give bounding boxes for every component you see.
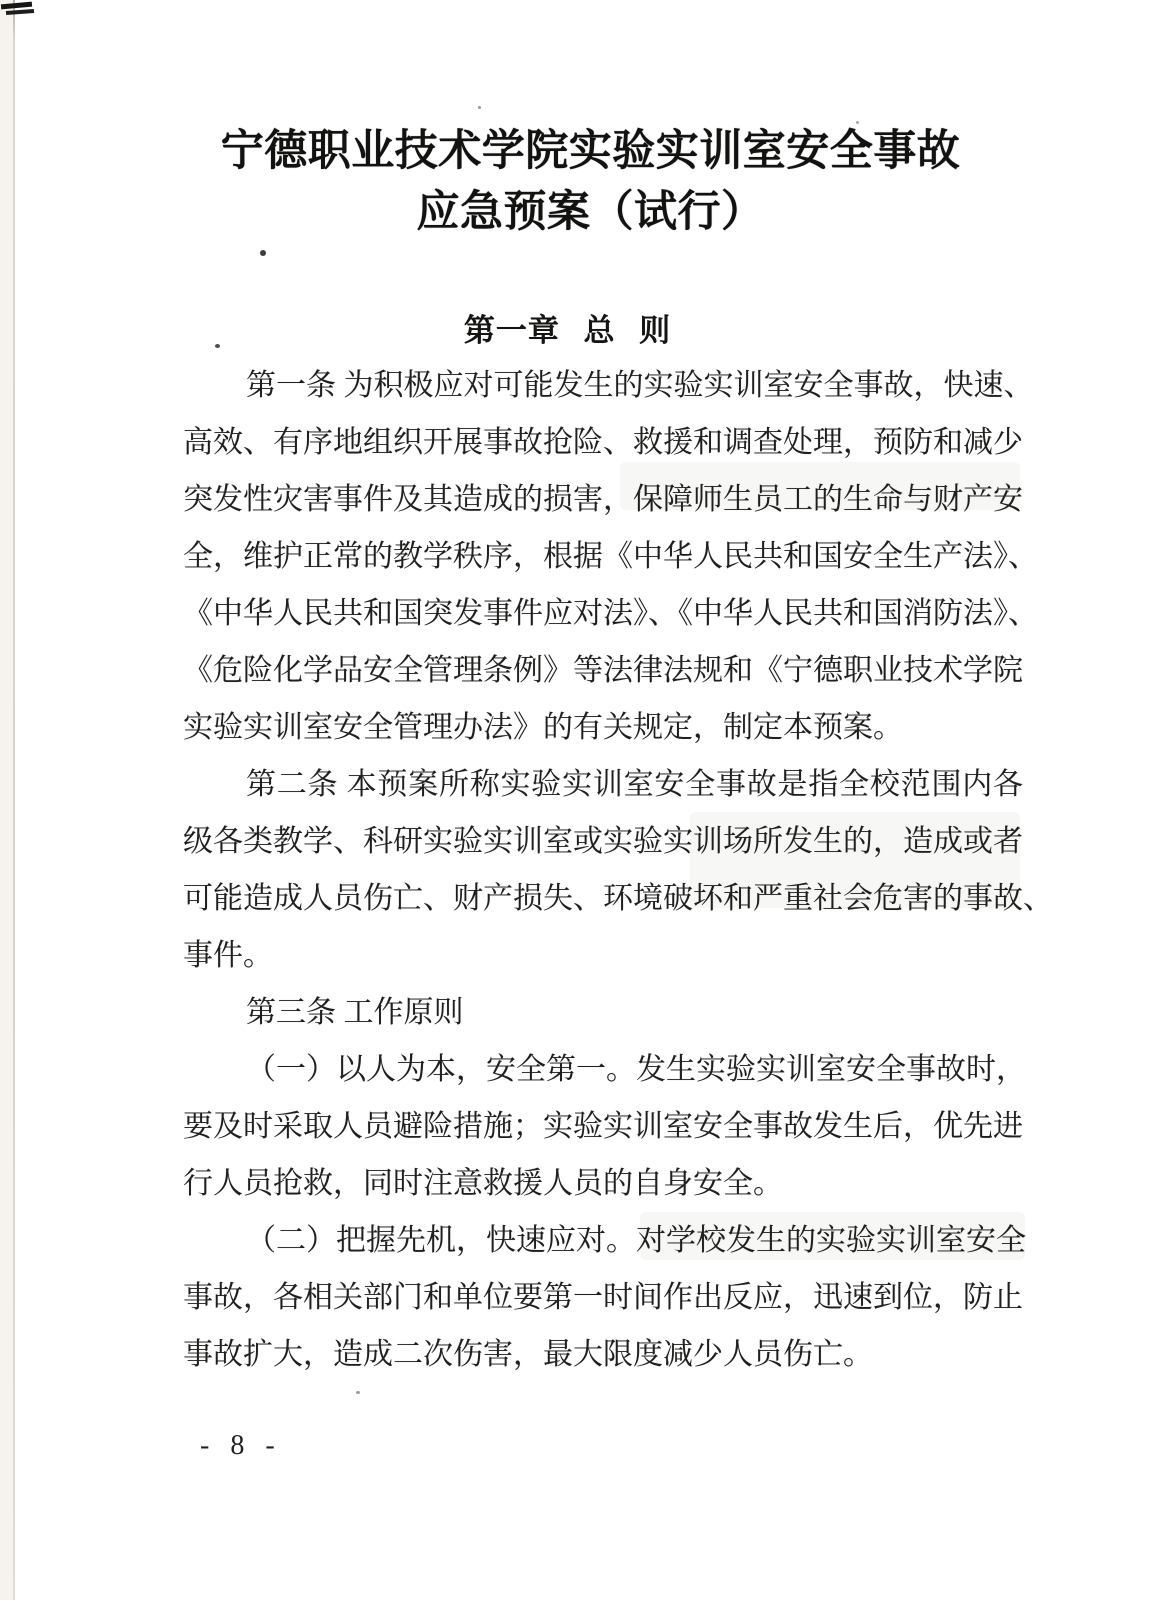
text-line: 可能造成人员伤亡、财产损失、环境破坏和严重社会危害的事故、 <box>183 870 1023 927</box>
text-line: 事故，各相关部门和单位要第一时间作出反应，迅速到位，防止 <box>183 1269 1023 1326</box>
text-line: 事件。 <box>183 927 1023 984</box>
chapter-heading: 第一章 总 则 <box>0 305 1149 350</box>
paragraph-article-1: 第一条 为积极应对可能发生的实验实训室安全事故，快速、 高效、有序地组织开展事故… <box>183 357 1023 756</box>
text-line: 行人员抢救，同时注意救援人员的自身安全。 <box>183 1155 1023 1212</box>
scan-corner-mark-bar <box>6 9 34 15</box>
text-line: 实验实训室安全管理办法》的有关规定，制定本预案。 <box>183 699 1023 756</box>
text-line: 第一条 为积极应对可能发生的实验实训室安全事故，快速、 <box>183 357 1023 414</box>
text-line: （一）以人为本，安全第一。发生实验实训室安全事故时， <box>183 1041 1023 1098</box>
scan-speck <box>260 250 266 256</box>
text-line: 《中华人民共和国突发事件应对法》、《中华人民共和国消防法》、 <box>183 585 1023 642</box>
paragraph-item-1: （一）以人为本，安全第一。发生实验实训室安全事故时， 要及时采取人员避险措施；实… <box>183 1041 1023 1212</box>
text-line: 高效、有序地组织开展事故抢险、救援和调查处理，预防和减少 <box>183 414 1023 471</box>
document-body: 第一条 为积极应对可能发生的实验实训室安全事故，快速、 高效、有序地组织开展事故… <box>183 357 1023 1383</box>
text-line: 第二条 本预案所称实验实训室安全事故是指全校范围内各 <box>183 756 1023 813</box>
scan-corner-mark <box>0 0 40 22</box>
text-line: 级各类教学、科研实验实训室或实验实训场所发生的，造成或者 <box>183 813 1023 870</box>
scan-speck <box>478 106 481 109</box>
text-line: 事故扩大，造成二次伤害，最大限度减少人员伤亡。 <box>183 1326 1023 1383</box>
text-line: （二）把握先机，快速应对。对学校发生的实验实训室安全 <box>183 1212 1023 1269</box>
paragraph-item-2: （二）把握先机，快速应对。对学校发生的实验实训室安全 事故，各相关部门和单位要第… <box>183 1212 1023 1383</box>
text-line: 《危险化学品安全管理条例》等法律法规和《宁德职业技术学院 <box>183 642 1023 699</box>
document-title-line-1: 宁德职业技术学院实验实训室安全事故 <box>9 121 1163 182</box>
page-number: - 8 - <box>200 1430 282 1462</box>
document-title: 宁德职业技术学院实验实训室安全事故 应急预案（试行） <box>9 121 1163 243</box>
scan-corner-mark-bar <box>1 2 32 10</box>
text-line: 突发性灾害事件及其造成的损害，保障师生员工的生命与财产安 <box>183 471 1023 528</box>
text-line: 全，维护正常的教学秩序，根据《中华人民共和国安全生产法》、 <box>183 528 1023 585</box>
scan-speck <box>356 1391 360 1394</box>
paragraph-article-3: 第三条 工作原则 <box>183 984 1023 1041</box>
text-line: 要及时采取人员避险措施；实验实训室安全事故发生后，优先进 <box>183 1098 1023 1155</box>
scanned-document-page: 宁德职业技术学院实验实训室安全事故 应急预案（试行） 第一章 总 则 第一条 为… <box>0 0 1163 1600</box>
text-line: 第三条 工作原则 <box>183 984 1023 1041</box>
paragraph-article-2: 第二条 本预案所称实验实训室安全事故是指全校范围内各 级各类教学、科研实验实训室… <box>183 756 1023 984</box>
document-title-line-2: 应急预案（试行） <box>9 182 1163 243</box>
